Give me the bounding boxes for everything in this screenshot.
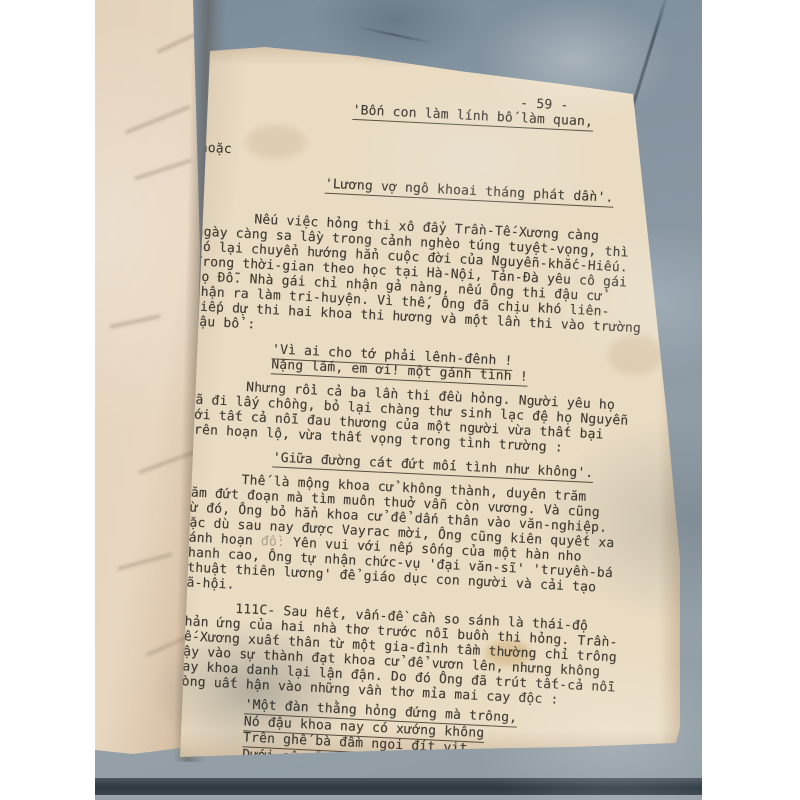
tile-grout-line <box>95 778 702 795</box>
screenshot-canvas: 'Bốn con làm lính bố làm quan, - 59 - ho… <box>0 0 800 800</box>
heading-2-text: 'Lương vợ ngô khoai tháng phát dần'. <box>324 177 613 208</box>
bleedthrough-mark <box>125 105 191 134</box>
typewritten-text: 'Bốn con làm lính bố làm quan, - 59 - ho… <box>170 81 665 783</box>
paragraph-2: Nhưng rồi cả ba lần thi đều hỏng. Người … <box>186 377 650 459</box>
faded-word: đồ: <box>261 534 286 550</box>
bleedthrough-mark <box>109 315 160 329</box>
paragraph-1: Nếu việc hỏng thi xô đẩy Trần-Tế-Xương c… <box>191 209 658 351</box>
stone-crack <box>354 25 437 44</box>
bleedthrough-mark <box>134 159 192 180</box>
page-number: - 59 - <box>520 96 569 113</box>
paragraph-3: Thế là mộng khoa cử không thành, duyên t… <box>178 470 645 612</box>
paragraph-4: 111C- Sau hết, vấn-đề cần so sánh là thá… <box>173 599 639 711</box>
book-page: 'Bốn con làm lính bố làm quan, - 59 - ho… <box>180 45 685 760</box>
verse-line: Dưới sân Ông cứ ngóng đầu rồng! <box>242 747 632 783</box>
bleedthrough-mark <box>118 553 173 570</box>
tile-edge <box>95 795 702 800</box>
book-photo: 'Bốn con làm lính bố làm quan, - 59 - ho… <box>95 0 702 800</box>
verse-quatrain: 'Một đàn thằng hỏng đứng mà trông, Nó đậ… <box>242 697 635 782</box>
